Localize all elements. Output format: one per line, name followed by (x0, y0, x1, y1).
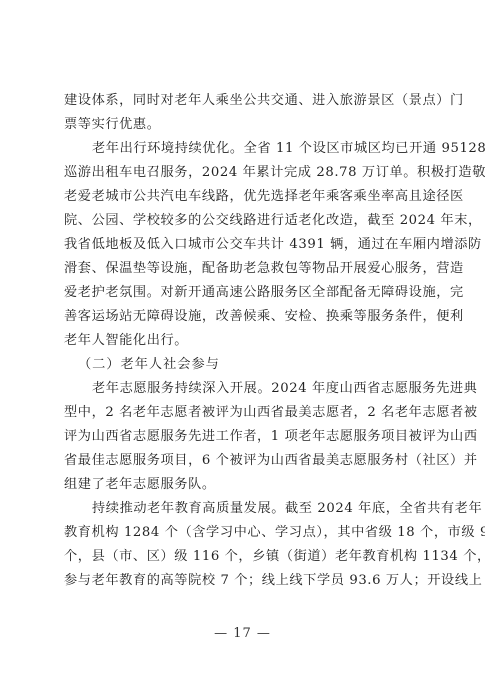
body-text: 建设体系，同时对老年人乘坐公共交通、进入旅游景区（景点）门 票等实行优惠。 老年… (64, 89, 424, 593)
text-line: 评为山西省志愿服务先进工作者，1 项老年志愿服务项目被评为山西 (64, 425, 424, 449)
text-line: 老年人智能化出行。 (64, 329, 424, 353)
page-number: — 17 — (0, 626, 485, 641)
text-line: 组建了老年志愿服务队。 (64, 473, 424, 497)
text-line: 巡游出租车电召服务，2024 年累计完成 28.78 万订单。积极打造敬 (64, 161, 424, 185)
text-line: 建设体系，同时对老年人乘坐公共交通、进入旅游景区（景点）门 (64, 89, 424, 113)
text-line: 老年出行环境持续优化。全省 11 个设区市城区均已开通 95128 (64, 137, 424, 161)
text-line: 善客运场站无障碍设施，改善候乘、安检、换乘等服务条件，便利 (64, 305, 424, 329)
text-line: 院、公园、学校较多的公交线路进行适老化改造，截至 2024 年末， (64, 209, 424, 233)
text-line: 参与老年教育的高等院校 7 个；线上线下学员 93.6 万人；开设线上 (64, 569, 424, 593)
text-line: 个，县（市、区）级 116 个，乡镇（街道）老年教育机构 1134 个， (64, 545, 424, 569)
text-line: 老爱老城市公共汽电车线路，优先选择老年乘客乘坐率高且途径医 (64, 185, 424, 209)
text-line: 票等实行优惠。 (64, 113, 424, 137)
text-line: 老年志愿服务持续深入开展。2024 年度山西省志愿服务先进典 (64, 377, 424, 401)
text-line: 省最佳志愿服务项目，6 个被评为山西省最美志愿服务村（社区）并 (64, 449, 424, 473)
text-line: 我省低地板及低入口城市公交车共计 4391 辆，通过在车厢内增添防 (64, 233, 424, 257)
text-line: 滑套、保温垫等设施，配备助老急救包等物品开展爱心服务，营造 (64, 257, 424, 281)
text-line: 型中，2 名老年志愿者被评为山西省最美志愿者，2 名老年志愿者被 (64, 401, 424, 425)
text-line: 爱老护老氛围。对新开通高速公路服务区全部配备无障碍设施，完 (64, 281, 424, 305)
section-heading: （二）老年人社会参与 (64, 353, 424, 377)
text-line: 教育机构 1284 个（含学习中心、学习点），其中省级 18 个，市级 9 (64, 521, 424, 545)
text-line: 持续推动老年教育高质量发展。截至 2024 年底，全省共有老年 (64, 497, 424, 521)
document-page: 建设体系，同时对老年人乘坐公共交通、进入旅游景区（景点）门 票等实行优惠。 老年… (0, 0, 485, 686)
